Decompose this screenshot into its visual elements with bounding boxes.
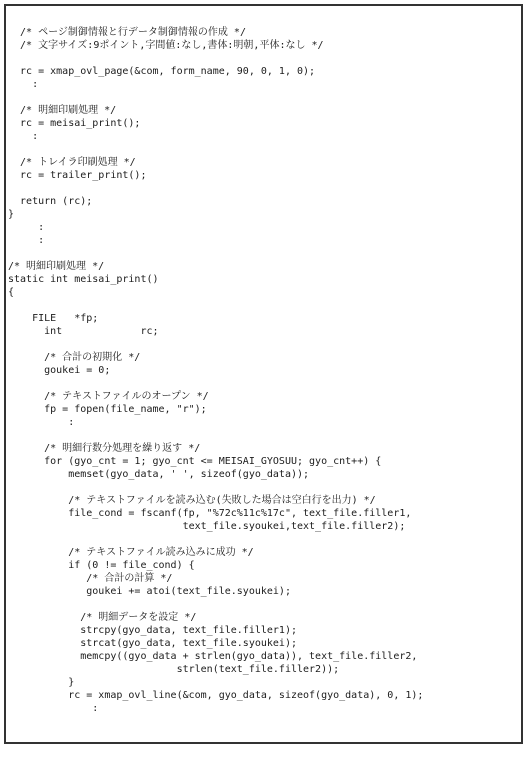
manual-page: /* ページ制御情報と行データ制御情報の作成 */ /* 文字サイズ:9ポイント… — [0, 0, 532, 779]
code-listing-frame: /* ページ制御情報と行データ制御情報の作成 */ /* 文字サイズ:9ポイント… — [4, 4, 523, 744]
code-listing: /* ページ制御情報と行データ制御情報の作成 */ /* 文字サイズ:9ポイント… — [6, 6, 521, 715]
